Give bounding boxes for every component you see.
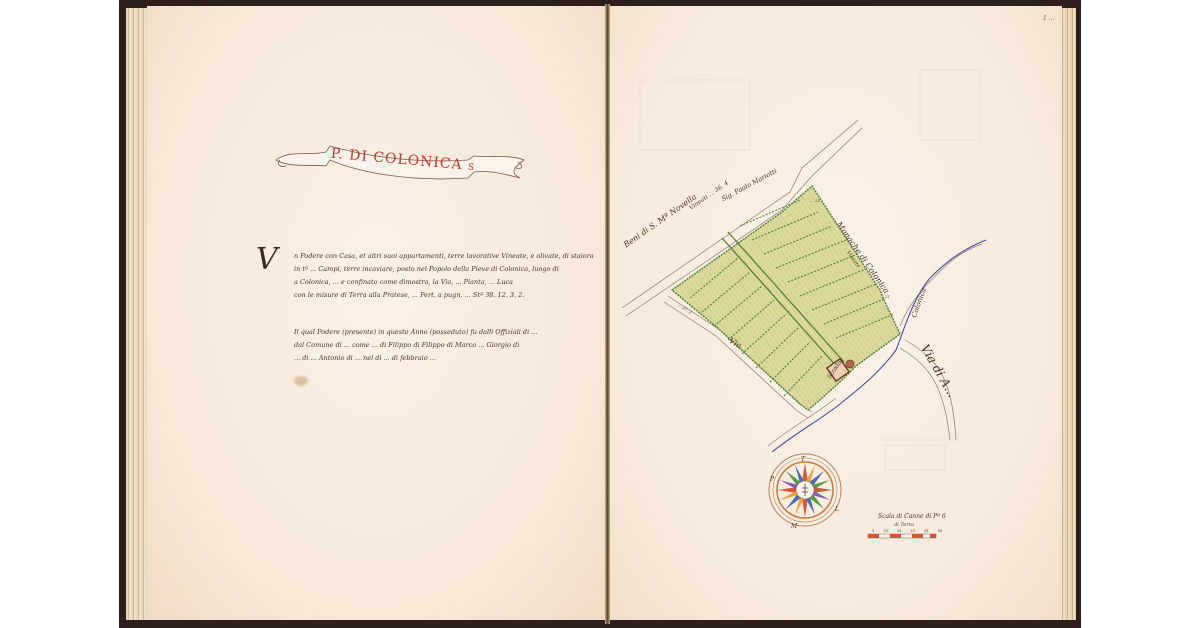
text-line: con le misure di Terra alla Pratese, ...… [294,289,594,302]
compass-letter-south: M [791,523,797,530]
scale-tick: 20 [910,529,914,533]
road-east [900,244,982,440]
text-line: Il qual Podere (presente) in questo Anno… [294,326,537,339]
field-parcels [672,186,900,410]
scale-tick: 30 [938,529,942,533]
text-line: ... di ... Antonio di ... nel dì ... di … [294,352,537,365]
label-corner-measure-right: ... 21 [880,294,890,299]
scale-subtitle: di Terra [894,522,914,528]
banner-suffix: S [467,163,475,174]
text-line: in tº ... Campi, terre incaviare, posto … [294,263,594,276]
scale-title: Scala di Canne di Pº 6 [878,513,946,520]
text-line: n Podere con Casa, et altri suoi apparta… [294,250,594,263]
title-banner: P. DI COLONICA S [268,138,530,186]
label-corner-measure-top: ... 21 [810,198,820,203]
scale-bar [868,534,936,538]
scale-ticks: 5 10 15 20 25 30 [872,529,942,533]
text-line: a Colonica, ... e confinato come dimostr… [294,276,594,289]
left-page [147,6,607,620]
compass-letter-west: P [770,476,774,483]
paragraph-1: n Podere con Casa, et altri suoi apparta… [294,250,594,302]
compass-letter-north: T [801,456,805,463]
estate-map: Beni di S. Mª Novella Vineati ... 36. 4 … [610,6,1062,620]
page-edges-right [1060,8,1076,620]
map-drawing [610,6,1062,620]
scale-tick: 5 [872,529,874,533]
scale-tick: 10 [883,529,887,533]
scale-tick: 25 [924,529,928,533]
scale-tick: 15 [897,529,901,533]
paper-stain [294,376,308,386]
paragraph-2: Il qual Podere (presente) in questo Anno… [294,326,537,365]
compass-letter-east: L [835,506,839,513]
compass-rose [769,454,841,526]
text-line: dal Comune di ... come ... di Filippo di… [294,339,537,352]
decorated-initial: V [256,242,278,277]
